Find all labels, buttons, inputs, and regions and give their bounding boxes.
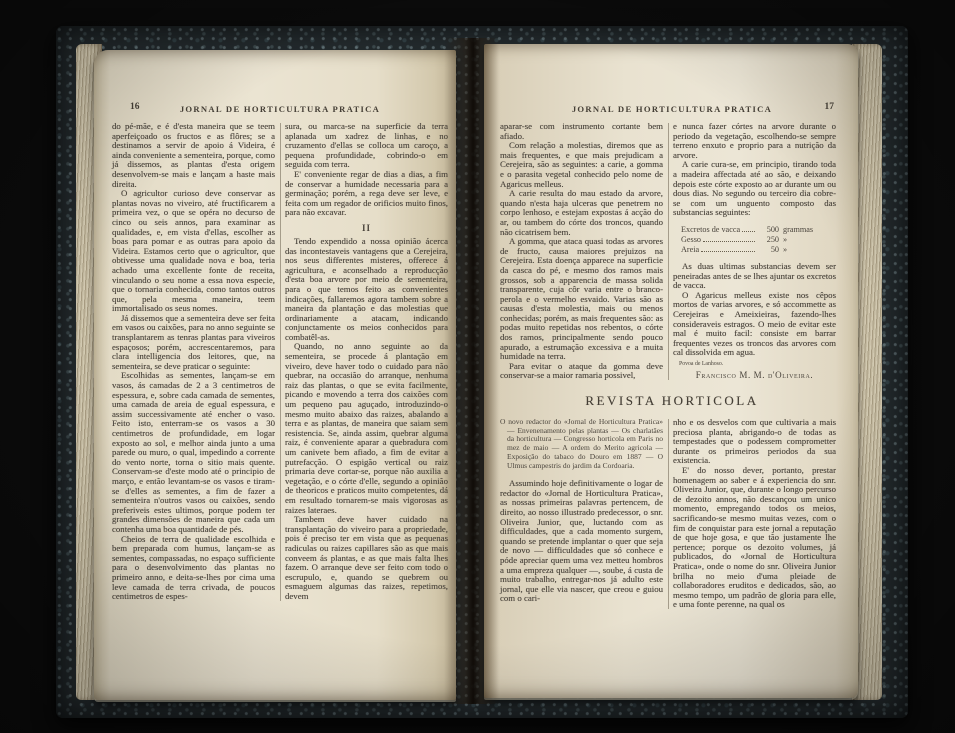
ingredient-unit: » — [779, 245, 831, 255]
revista-column-1: O novo redactor do «Jornal de Horticultu… — [500, 418, 663, 610]
body-paragraph: A carie resulta do mau estado da arvore,… — [500, 189, 663, 237]
body-paragraph: Com relação a molestias, diremos que as … — [500, 141, 663, 189]
right-page-column-1: aparar-se com instrumento cortante bem a… — [500, 122, 663, 381]
ingredient-quantity: 500 — [757, 225, 779, 235]
body-paragraph: nho e os desvelos com que cultivaria a m… — [673, 418, 836, 466]
body-paragraph: A gomma, que ataca quasi todas as arvore… — [500, 237, 663, 362]
right-page-column-2: e nunca fazer córtes na arvore durante o… — [673, 122, 836, 381]
ingredient-unit: grammas — [779, 225, 831, 235]
dot-leader — [701, 251, 755, 252]
column-divider — [668, 123, 669, 380]
body-paragraph: E' do nosso dever, portanto, prestar hom… — [673, 466, 836, 610]
section-heading: REVISTA HORTICOLA — [500, 393, 844, 409]
section-number: II — [285, 223, 448, 233]
body-paragraph: Assumindo hoje definitivamente o logar d… — [500, 479, 663, 604]
revista-column-2: nho e os desvelos com que cultivaria a m… — [673, 418, 836, 610]
article-row: aparar-se com instrumento cortante bem a… — [500, 122, 844, 381]
body-paragraph: sura, ou marca-se na superficie da terra… — [285, 122, 448, 170]
book-photo: 16 JORNAL DE HORTICULTURA PRATICA do pé-… — [0, 0, 955, 733]
column-divider — [280, 123, 281, 601]
dot-leader — [742, 231, 755, 232]
body-paragraph: Escolhidas as sementes, lançam-se em vas… — [112, 371, 275, 534]
unguent-recipe-table: Excretos de vacca 500 grammas Gesso 250 … — [681, 225, 831, 255]
left-page: 16 JORNAL DE HORTICULTURA PRATICA do pé-… — [94, 50, 456, 700]
column-divider — [668, 419, 669, 609]
right-page: 17 JORNAL DE HORTICULTURA PRATICA aparar… — [484, 44, 858, 698]
place-line: Povoa de Lanhoso. — [673, 361, 836, 368]
body-paragraph: Tambem deve haver cuidado na transplanta… — [285, 515, 448, 601]
ingredient-quantity: 250 — [757, 235, 779, 245]
body-paragraph: A carie cura-se, em principio, tirando t… — [673, 160, 836, 218]
author-signature: Francisco M. M. d'Oliveira. — [673, 370, 836, 380]
body-paragraph: O Agaricus melleus existe nos cêpos mort… — [673, 291, 836, 358]
ingredient-name: Gesso — [681, 235, 701, 245]
left-page-column-2: sura, ou marca-se na superficie da terra… — [285, 122, 448, 602]
body-paragraph: Tendo expendido a nossa opinião ácerca d… — [285, 237, 448, 343]
body-paragraph: Cheios de terra de qualidade escolhida e… — [112, 535, 275, 602]
right-page-text: aparar-se com instrumento cortante bem a… — [500, 122, 844, 610]
ingredient-name: Areia — [681, 245, 699, 255]
body-paragraph: E' conveniente regar de dias a dias, a f… — [285, 170, 448, 218]
ingredient-unit: » — [779, 235, 831, 245]
body-paragraph: Para evitar o ataque da gomma deve conse… — [500, 362, 663, 381]
ingredient-name: Excretos de vacca — [681, 225, 740, 235]
dot-leader — [703, 241, 755, 242]
body-paragraph: O agricultor curioso deve conservar as p… — [112, 189, 275, 314]
table-row: Gesso 250 » — [681, 235, 831, 245]
article-summary: O novo redactor do «Jornal de Horticultu… — [500, 418, 663, 470]
body-paragraph: do pé-mãe, e é d'esta maneira que se tee… — [112, 122, 275, 189]
body-paragraph: As duas ultimas substancias devem ser pe… — [673, 262, 836, 291]
body-paragraph: aparar-se com instrumento cortante bem a… — [500, 122, 663, 141]
ingredient-quantity: 50 — [757, 245, 779, 255]
left-page-column-1: do pé-mãe, e é d'esta maneira que se tee… — [112, 122, 275, 602]
body-paragraph: Quando, no anno seguinte ao da sementeir… — [285, 342, 448, 515]
revista-row: O novo redactor do «Jornal de Horticultu… — [500, 418, 844, 610]
body-paragraph: Já dissemos que a sementeira deve ser fe… — [112, 314, 275, 372]
left-page-text: do pé-mãe, e é d'esta maneira que se tee… — [112, 122, 448, 602]
table-row: Areia 50 » — [681, 245, 831, 255]
body-paragraph: e nunca fazer córtes na arvore durante o… — [673, 122, 836, 160]
left-running-title: JORNAL DE HORTICULTURA PRATICA — [112, 104, 448, 114]
right-running-title: JORNAL DE HORTICULTURA PRATICA — [500, 104, 844, 114]
table-row: Excretos de vacca 500 grammas — [681, 225, 831, 235]
